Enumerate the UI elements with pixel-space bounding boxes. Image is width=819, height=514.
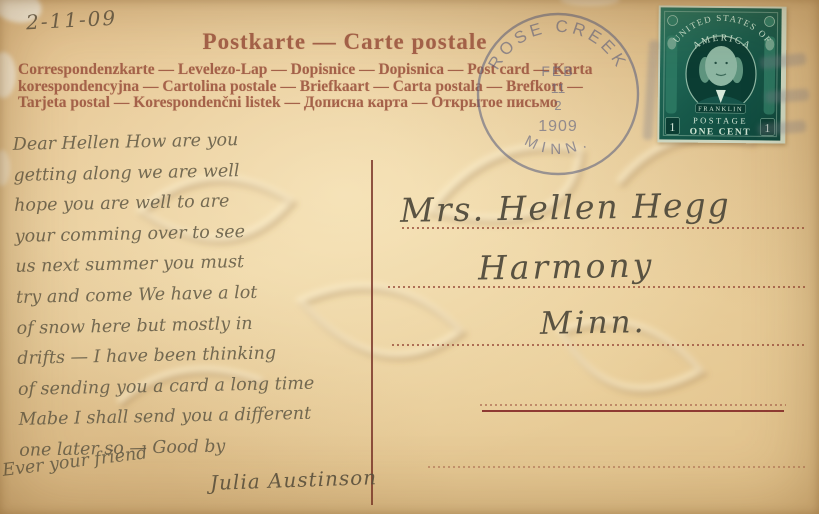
postmark-hour: 2 [554, 98, 561, 113]
address-state: Minn. [540, 304, 647, 342]
svg-text:MINN.: MINN. [522, 132, 594, 158]
address-city: Harmony [478, 245, 655, 287]
postmark-day: 11 [551, 80, 566, 96]
address-rule [428, 466, 806, 468]
postmark-year: 1909 [538, 118, 578, 135]
postcard-back: 2-11-09 Postkarte — Carte postale Corres… [0, 0, 819, 514]
postmark-state: MINN. [522, 132, 594, 158]
address-rule [480, 404, 786, 406]
stamp-value-label: ONE CENT [690, 127, 751, 138]
postmark: ROSE CREEK MINN. FEB 11 2 1909 [458, 0, 658, 198]
postmark-month: FEB [541, 63, 574, 79]
stamp-denomination-digit: 1 [669, 120, 675, 134]
address-rule [388, 286, 806, 288]
handwritten-message: Dear Hellen How are you getting along we… [13, 122, 390, 466]
address-rule-solid [482, 410, 784, 412]
address-rule [392, 344, 806, 346]
stamp-figure-name: FRANKLIN [698, 106, 743, 113]
stamp-postage-label: POSTAGE [693, 115, 748, 126]
